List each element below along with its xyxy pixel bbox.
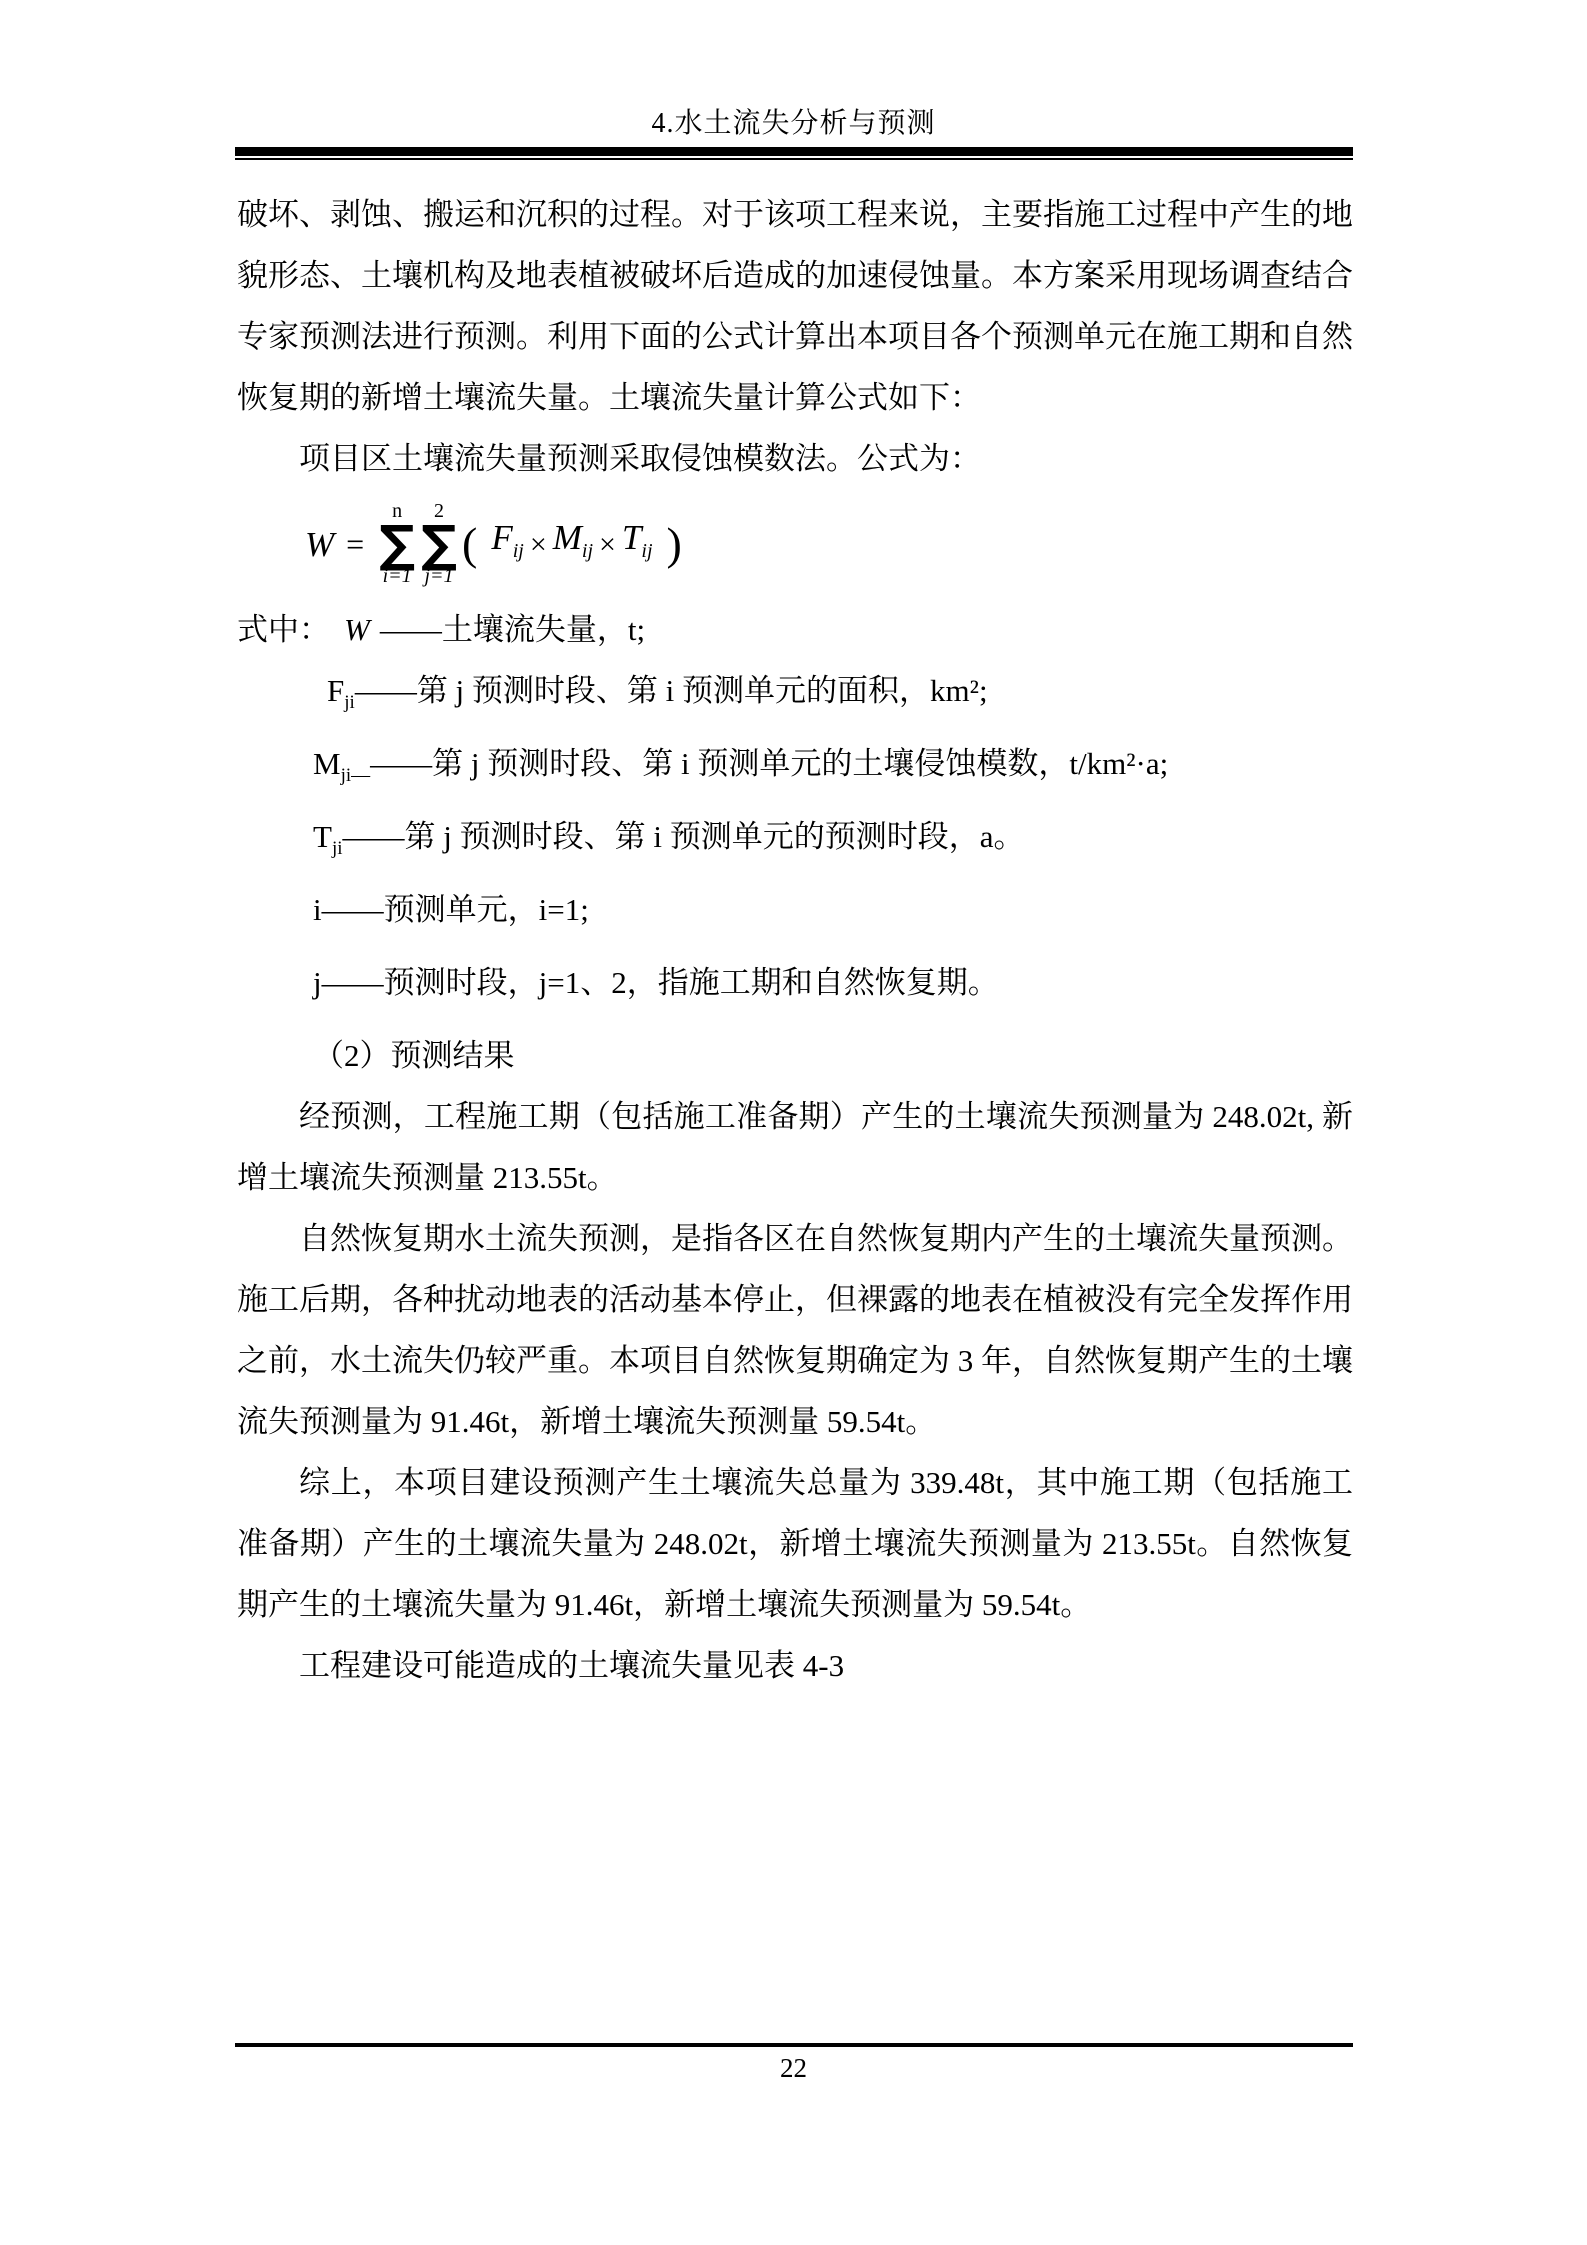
where-symbol: W	[344, 612, 370, 647]
header-rule	[235, 147, 1353, 160]
definition-line-f: Fji——第 j 预测时段、第 i 预测单元的面积，km²;	[237, 660, 1353, 733]
paragraph-summary: 综上，本项目建设预测产生土壤流失总量为 339.48t，其中施工期（包括施工准备…	[237, 1452, 1353, 1635]
definition-line-t: Tji——第 j 预测时段、第 i 预测单元的预测时段，a。	[237, 806, 1353, 879]
header-title: 4.水土流失分析与预测	[0, 0, 1587, 142]
document-page: 4.水土流失分析与预测 破坏、剥蚀、搬运和沉积的过程。对于该项工程来说，主要指施…	[0, 0, 1587, 2245]
definition-line-m: Mji———第 j 预测时段、第 i 预测单元的土壤侵蚀模数，t/km²·a;	[237, 733, 1353, 806]
paragraph-method: 项目区土壤流失量预测采取侵蚀模数法。公式为：	[237, 428, 1353, 489]
document-body: 破坏、剥蚀、搬运和沉积的过程。对于该项工程来说，主要指施工过程中产生的地貌形态、…	[237, 184, 1353, 1696]
formula-times: ×	[530, 514, 547, 575]
footer-rule	[235, 2043, 1353, 2047]
formula-close-paren: )	[667, 521, 682, 567]
sum-inner-lower-limit: j=1	[425, 566, 454, 587]
formula-times: ×	[599, 514, 616, 575]
sum-outer-lower-limit: i=1	[383, 566, 412, 587]
paragraph-table-reference: 工程建设可能造成的土壤流失量见表 4-3	[237, 1635, 1353, 1696]
paragraph-intro: 破坏、剥蚀、搬运和沉积的过程。对于该项工程来说，主要指施工过程中产生的地貌形态、…	[237, 184, 1353, 428]
paragraph-result-heading: （2）预测结果	[237, 1025, 1353, 1086]
header-rule-thin	[235, 158, 1353, 160]
formula-term-t: Tij	[622, 507, 653, 582]
sigma-icon: ∑	[379, 522, 415, 566]
paragraph-construction-result: 经预测，工程施工期（包括施工准备期）产生的土壤流失预测量为 248.02t, 新…	[237, 1086, 1353, 1208]
formula-term-m: Mij	[553, 507, 593, 582]
formula-lhs: W	[305, 514, 334, 575]
where-description: ——土壤流失量，t;	[380, 612, 645, 647]
formula-equals: =	[346, 514, 364, 575]
paragraph-recovery-result: 自然恢复期水土流失预测，是指各区在自然恢复期内产生的土壤流失量预测。施工后期，各…	[237, 1208, 1353, 1452]
header-rule-thick	[235, 147, 1353, 156]
formula-term-f: Fij	[491, 507, 524, 582]
formula-sum-inner: 2 ∑ j=1	[421, 501, 457, 587]
where-label: 式中：	[237, 612, 330, 647]
formula-sum-outer: n ∑ i=1	[379, 501, 415, 587]
formula-open-paren: (	[462, 521, 477, 567]
sigma-icon: ∑	[421, 522, 457, 566]
definition-line-j: j——预测时段，j=1、2，指施工期和自然恢复期。	[237, 952, 1353, 1025]
formula-where-line: 式中：W——土壤流失量，t;	[237, 599, 1353, 660]
definition-line-i: i——预测单元，i=1;	[237, 879, 1353, 952]
page-number: 22	[0, 2051, 1587, 2085]
page-header: 4.水土流失分析与预测	[0, 0, 1587, 160]
soil-loss-formula: W = n ∑ i=1 2 ∑ j=1 ( Fij × Mij × Tij )	[305, 491, 1353, 597]
